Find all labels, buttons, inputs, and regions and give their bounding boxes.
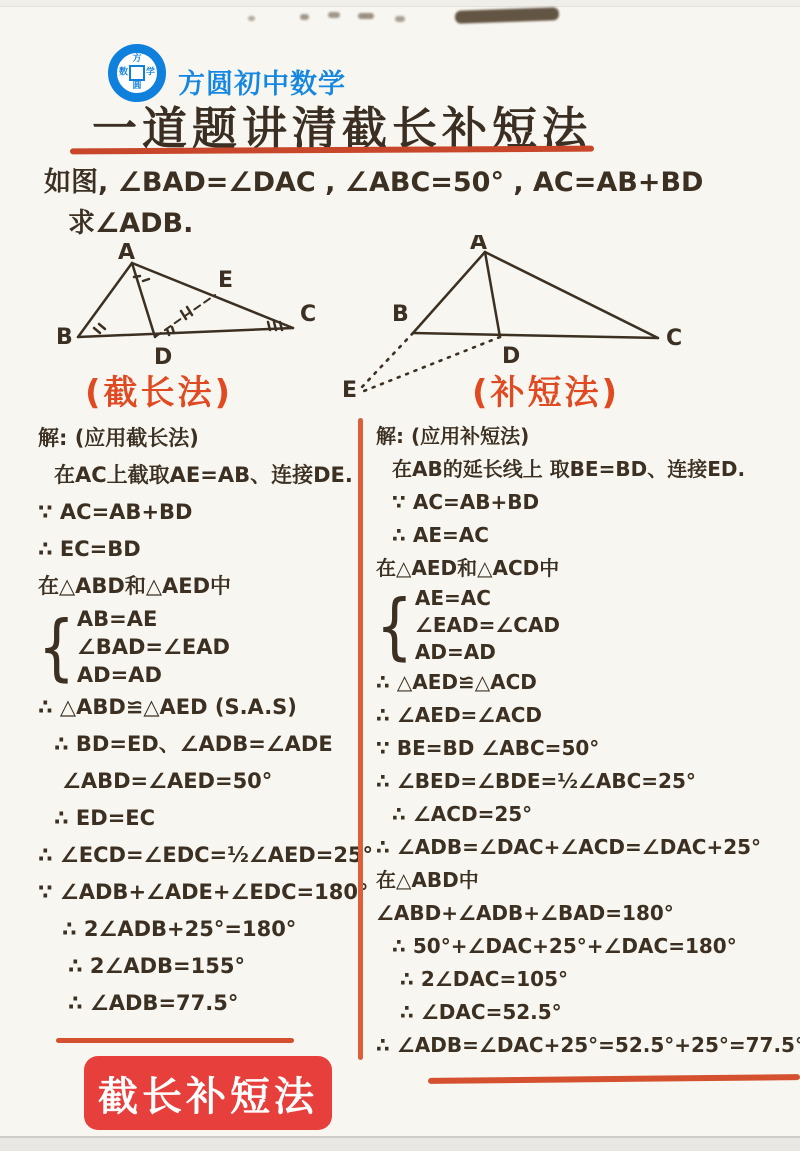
equation-system: { AB=AE ∠BAD=∠EAD AD=AD [38,605,360,689]
solution-step: 在AB的延长线上 取BE=BD、连接ED. [376,453,796,486]
solution-step: ∴ ∠AED=∠ACD [376,699,796,732]
segment-AD [132,263,155,337]
brace-icon: { [376,589,413,662]
vertex-label-A: A [118,243,135,265]
solution-step: 在△ABD中 [376,864,796,897]
solution-step: 在△AED和△ACD中 [376,552,796,585]
coin-char-top: 方 [132,55,141,64]
solution-step: ∴ ∠ADB=∠DAC+∠ACD=∠DAC+25° [376,831,796,864]
vertex-label-C: C [666,326,682,351]
solution-step: ∴ ∠ADB=77.5° [38,985,360,1022]
solution-step: ∴ ∠ECD=∠EDC=½∠AED=25° [38,837,360,874]
solution-step: AD=AD [415,639,560,666]
solution-step: 在AC上截取AE=AB、连接DE. [38,457,360,494]
solution-step: 解: (应用截长法) [38,420,360,457]
coin-char-bottom: 圆 [132,82,141,91]
vertex-label-E: E [342,378,357,403]
solution-step: ∴ ED=EC [38,800,360,837]
segment-AC [485,252,658,338]
solution-step: ∵ AC=AB+BD [376,486,796,519]
solution-step: ∵ ∠ADB+∠ADE+∠EDC=180° [38,874,360,911]
solution-column-buduan: 解: (应用补短法) 在AB的延长线上 取BE=BD、连接ED. ∵ AC=AB… [376,420,796,1062]
solution-step: ∴ AE=AC [376,519,796,552]
solution-step: ∴ 2∠ADB+25°=180° [38,911,360,948]
segment-AC [132,263,293,328]
solution-step: AB=AE [77,605,230,633]
vertex-label-B: B [392,302,409,327]
diagram-jiechang: A B C D E [50,243,330,378]
solution-step: 解: (应用补短法) [376,420,796,453]
solution-step: ∴ 2∠ADB=155° [38,948,360,985]
solution-step: ∴ 50°+∠DAC+25°+∠DAC=180° [376,930,796,963]
segment-AD [485,252,500,337]
equation-system: { AE=AC ∠EAD=∠CAD AD=AD [376,585,796,666]
solution-step: 在△ABD和△AED中 [38,568,360,605]
brace-icon: { [38,611,75,684]
coin-char-left: 数 [119,69,128,78]
solution-step: ∴ ∠ADB=∠DAC+25°=52.5°+25°=77.5° [376,1029,796,1062]
solution-step: ∴ EC=BD [38,531,360,568]
ink-smudge [328,12,340,18]
solution-step: ∴ 2∠DAC=105° [376,963,796,996]
segment-AB [413,252,485,333]
equation-system-lines: AB=AE ∠BAD=∠EAD AD=AD [77,605,230,689]
column-divider-line [358,418,363,1060]
solution-step: ∴ ∠ACD=25° [376,798,796,831]
result-underline-right [428,1074,800,1084]
segment-BC [78,328,293,337]
caption-buduan: (补短法) [472,365,620,414]
equation-system-lines: AE=AC ∠EAD=∠CAD AD=AD [415,585,560,666]
vertex-label-E: E [218,268,233,293]
solution-step: ∵ AC=AB+BD [38,494,360,531]
solution-step: ∵ BE=BD ∠ABC=50° [376,732,796,765]
problem-statement-line1: 如图, ∠BAD=∠DAC , ∠ABC=50° , AC=AB+BD [44,160,774,199]
notebook-page: 方 学 圆 数 方圆初中数学 一道题讲清截长补短法 如图, ∠BAD=∠DAC … [0,0,800,1151]
ink-smudge [300,14,309,20]
ink-smudge [248,16,255,21]
solution-step: ∴ △AED≌△ACD [376,666,796,699]
vertex-label-C: C [300,302,316,327]
solution-step: ∴ ∠DAC=52.5° [376,996,796,1029]
solution-step: ∠ABD=∠AED=50° [38,763,360,800]
footer-method-badge: 截长补短法 [84,1056,332,1130]
solution-step: ∴ ∠BED=∠BDE=½∠ABC=25° [376,765,796,798]
segment-BE-dotted [362,333,413,387]
page-top-edge [0,0,800,7]
solution-step: ∠EAD=∠CAD [415,612,560,639]
ink-smudge [455,7,559,24]
result-underline-left [56,1038,294,1043]
solution-step: ∴ BD=ED、∠ADB=∠ADE [38,726,360,763]
page-bottom-edge [0,1136,800,1151]
vertex-label-A: A [470,235,487,255]
solution-column-jiechang: 解: (应用截长法) 在AC上截取AE=AB、连接DE. ∵ AC=AB+BD … [38,420,360,1022]
solution-step: ∠BAD=∠EAD [77,633,230,661]
ink-smudge [395,16,405,22]
segment-BC [413,333,658,338]
coin-char-right: 学 [146,69,155,78]
coin-square-icon [129,65,145,81]
ink-smudge [358,13,374,19]
solution-step: ∴ △ABD≌△AED (S.A.S) [38,689,360,726]
solution-step: AD=AD [77,661,230,689]
segment-AB [78,263,132,337]
solution-step: ∠ABD+∠ADB+∠BAD=180° [376,897,796,930]
vertex-label-B: B [56,325,73,350]
caption-jiechang: (截长法) [85,365,233,414]
solution-step: AE=AC [415,585,560,612]
